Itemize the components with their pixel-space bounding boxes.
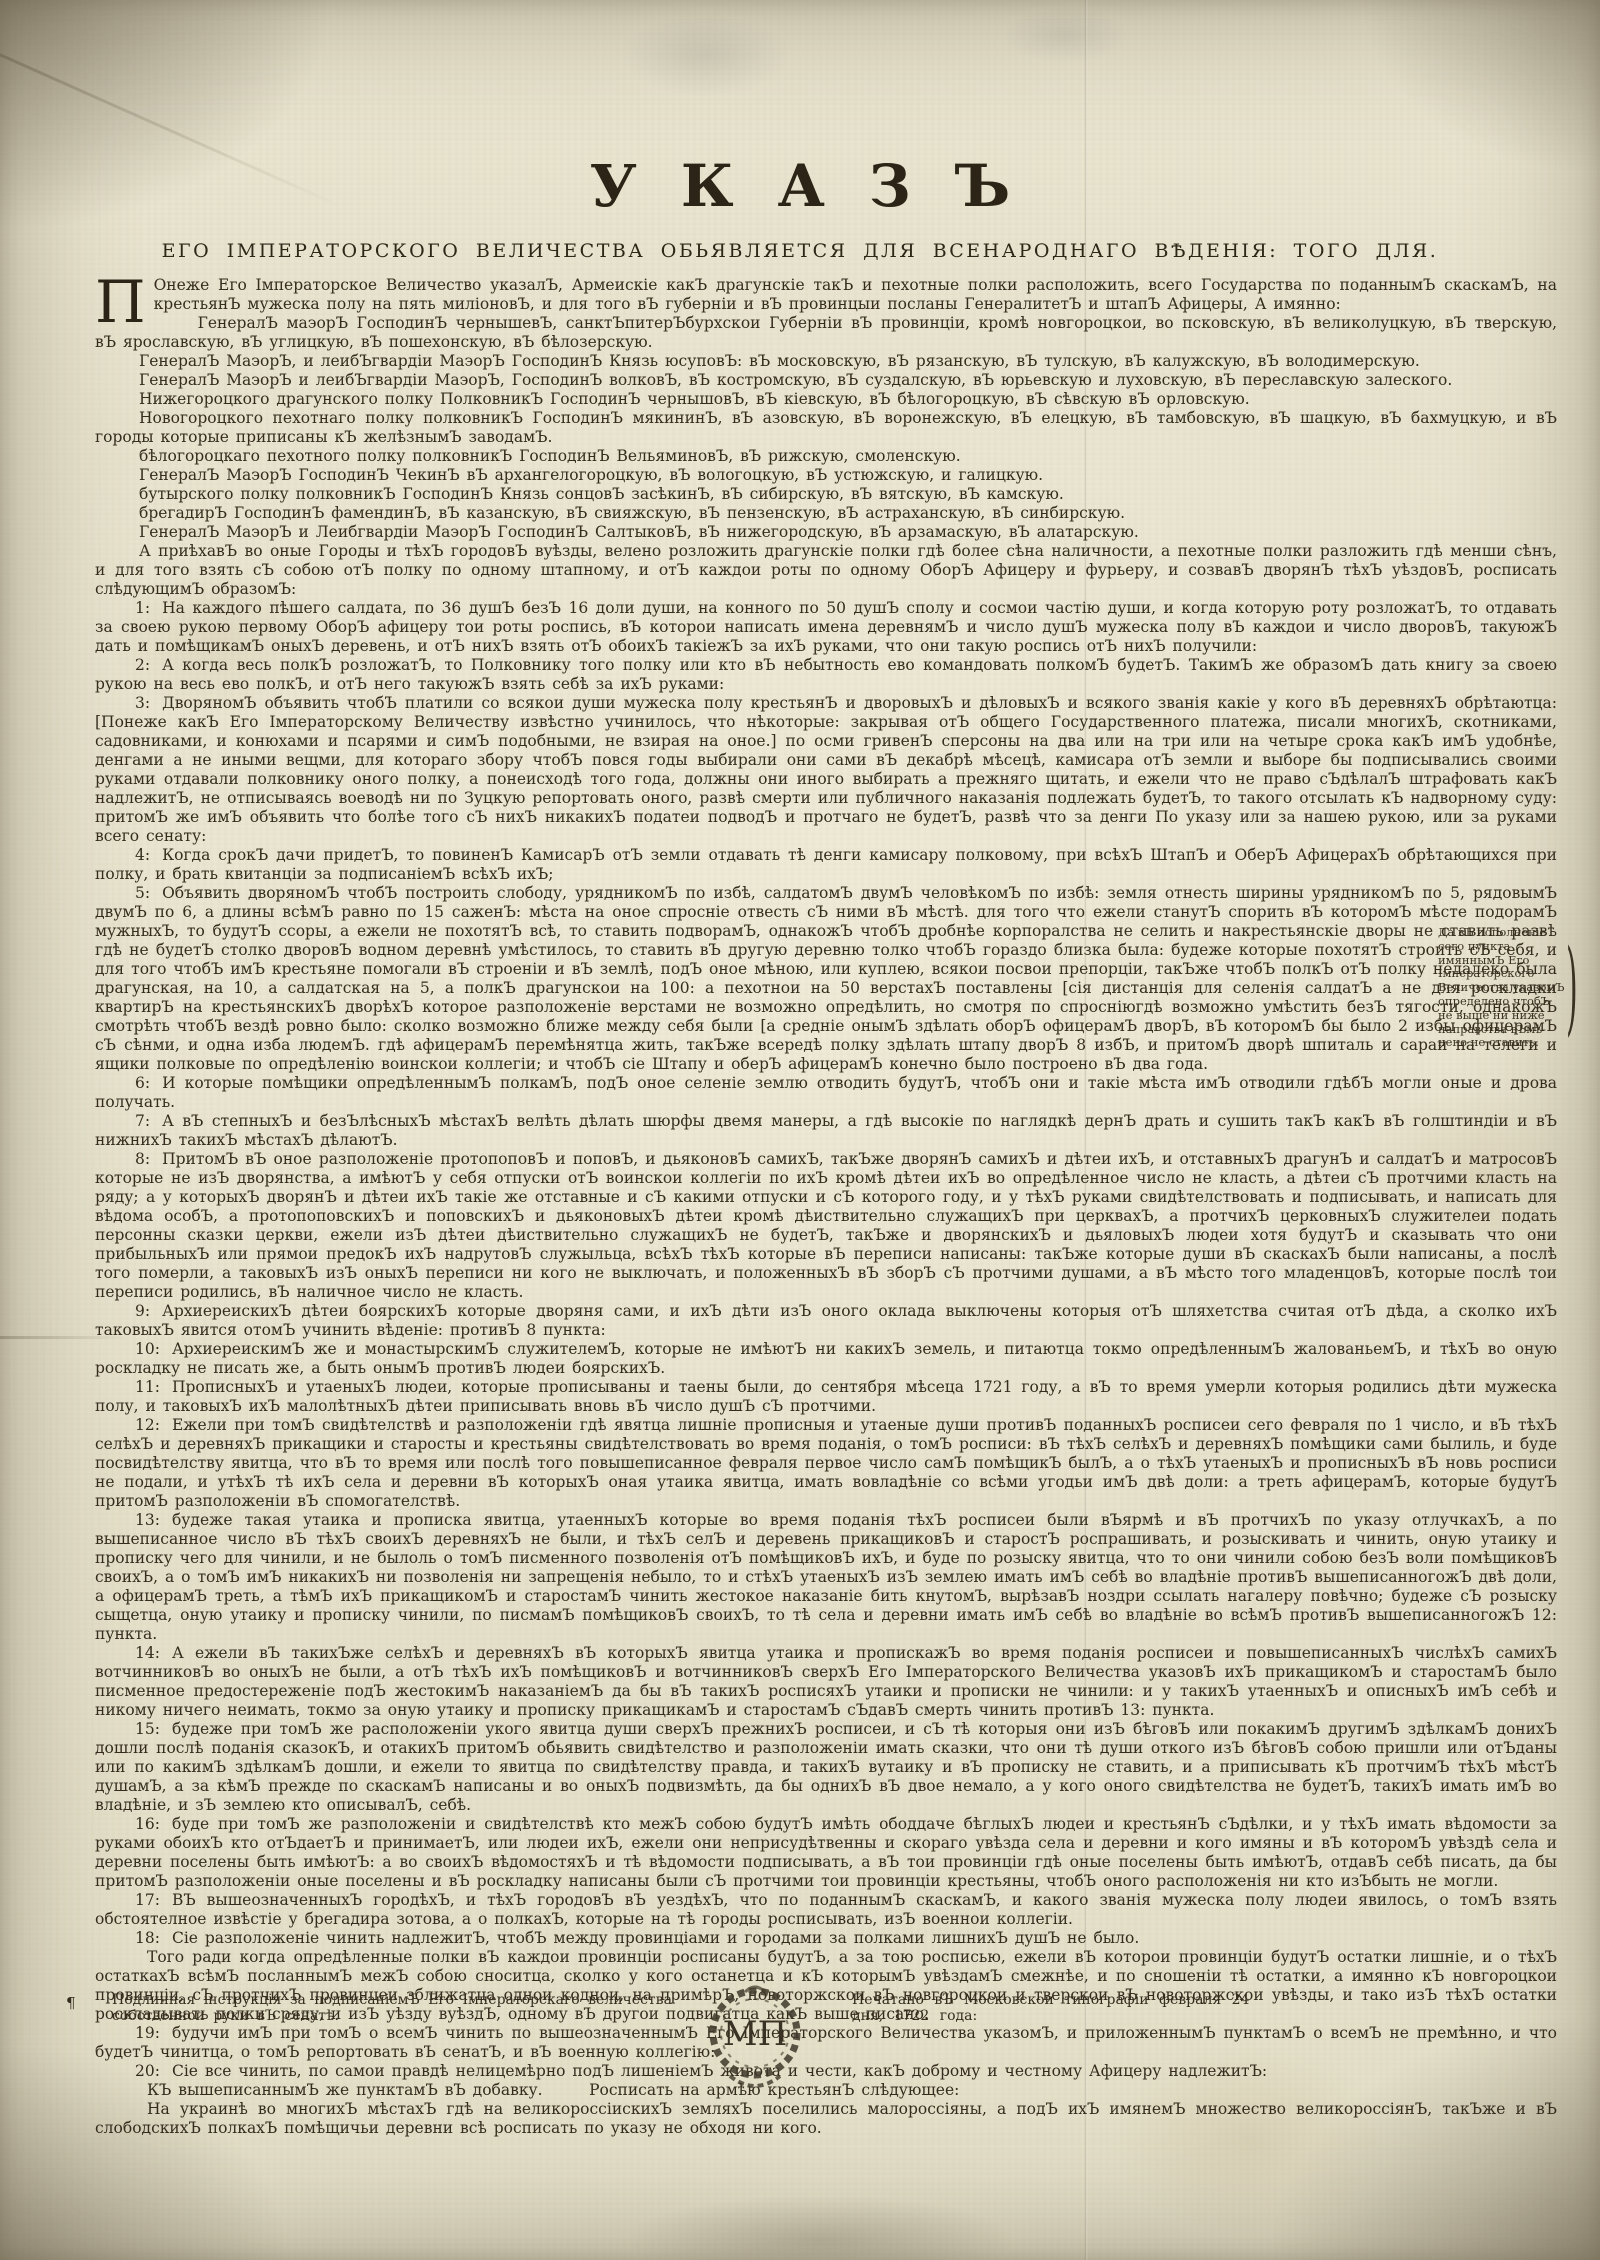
article-text: ПрописныхЪ и утаеныхЪ людеи, которые про…	[95, 1378, 1557, 1415]
article-number: 3:	[135, 694, 150, 712]
colophon-imprint-line: Печатано вЪ Московскои типографіи феврал…	[852, 1992, 1272, 2024]
assignment-line: ГенералЪ МаэорЪ, и леибЪгвардіи МаэорЪ Г…	[95, 352, 1557, 371]
article-text: ПритомЪ вЪ оное разположеніе протопоповЪ…	[95, 1150, 1557, 1301]
article-text: Когда срокЪ дачи придетЪ, то повиненЪ Ка…	[95, 846, 1557, 883]
colophon-signature-line: Подлинная інструкція за подписаніемЪ Его…	[112, 1992, 712, 2024]
article-text: АрхиереискимЪ же и монастырскимЪ служите…	[95, 1340, 1557, 1377]
article-paragraph: 9:АрхиереискихЪ дѣтеи боярскихЪ которые …	[95, 1302, 1557, 1340]
article-paragraph: 5:Объявить дворяномЪ чтобЪ построить сло…	[95, 884, 1557, 1074]
article-number: 11:	[135, 1378, 160, 1396]
article-paragraph: 13:будеже такая утаика и прописка явитца…	[95, 1511, 1557, 1644]
colophon-pilcrow-mark: ¶	[66, 1994, 76, 2012]
article-text: На каждого пѣшего салдата, по 36 душЪ бе…	[95, 599, 1557, 655]
assignment-line: бѣлогороцкаго пехотного полку полковникЪ…	[95, 447, 1557, 466]
article-paragraph: 15:будеже при томЪ же расположеніи укого…	[95, 1720, 1557, 1815]
article-number: 2:	[135, 656, 150, 674]
article-text: АрхиереискихЪ дѣтеи боярскихЪ которые дв…	[95, 1302, 1557, 1339]
article-list: 1:На каждого пѣшего салдата, по 36 душЪ …	[95, 599, 1557, 2081]
article-number: 7:	[135, 1112, 150, 1130]
article-paragraph: 18:Сіе разположеніе чинить надлежитЪ, чт…	[95, 1929, 1557, 1948]
article-text: Объявить дворяномЪ чтобЪ построить слобо…	[95, 884, 1557, 1073]
assignment-line: ГенералЪ МаэорЪ и леибЪгвардіи МаэорЪ, Г…	[95, 371, 1557, 390]
assignment-list: ГенералЪ маэорЪ ГосподинЪ чернышевЪ, сан…	[95, 314, 1557, 599]
decree-subtitle: ЕГО ІМПЕРАТОРСКОГО ВЕЛИЧЕСТВА ОБЬЯВЛЯЕТС…	[0, 240, 1600, 262]
article-paragraph: 3:ДворяномЪ объявить чтобЪ платили со вс…	[95, 694, 1557, 846]
article-text: Ежели при томЪ свидѣтелствѣ и разположен…	[95, 1416, 1557, 1510]
article-number: 12:	[135, 1416, 160, 1434]
decree-sheet: УКАЗЪ ЕГО ІМПЕРАТОРСКОГО ВЕЛИЧЕСТВА ОБЬЯ…	[0, 0, 1600, 2260]
assignment-line: Нижегороцкого драгунского полку Полковни…	[95, 390, 1557, 409]
article-text: буде при томЪ же разположеніи и свидѣтел…	[95, 1815, 1557, 1890]
article-number: 19:	[135, 2024, 160, 2042]
article-text: ДворяномЪ объявить чтобЪ платили со всяк…	[95, 694, 1557, 845]
article-number: 5:	[135, 884, 150, 902]
article-paragraph: 20:Сіе все чинить, по самои правдѣ нелиц…	[95, 2062, 1557, 2081]
article-text: ВЪ вышеозначенныхЪ городѣхЪ, и тѣхЪ горо…	[95, 1891, 1557, 1928]
article-text: А вЪ степныхЪ и безЪлѣсныхЪ мѣстахЪ велѣ…	[95, 1112, 1557, 1149]
opening-paragraph: ПОнеже Его Імператорское Величество указ…	[95, 276, 1557, 314]
article-paragraph: 8:ПритомЪ вЪ оное разположеніе протопопо…	[95, 1150, 1557, 1302]
article-paragraph: 14:А ежели вЪ такихЪже селѣхЪ и деревнях…	[95, 1644, 1557, 1720]
article-text: А когда весь полкЪ розложатЪ, то Полковн…	[95, 656, 1557, 693]
article-number: 17:	[135, 1891, 160, 1909]
article-paragraph: 16:буде при томЪ же разположеніи и свидѣ…	[95, 1815, 1557, 1891]
decree-body: ПОнеже Его Імператорское Величество указ…	[95, 276, 1557, 2138]
margin-note: Да вЪ пополненіе сего пункта имяннымЪ Ег…	[1438, 926, 1566, 1050]
assignment-line: ГенералЪ маэорЪ ГосподинЪ чернышевЪ, сан…	[95, 314, 1557, 352]
article-number: 9:	[135, 1302, 150, 1320]
article-paragraph: 17:ВЪ вышеозначенныхЪ городѣхЪ, и тѣхЪ г…	[95, 1891, 1557, 1929]
article-text: А ежели вЪ такихЪже селѣхЪ и деревняхЪ в…	[95, 1644, 1557, 1719]
addendum-heading: КЪ вышеписаннымЪ же пунктамЪ вЪ добавку.…	[95, 2081, 1557, 2100]
article-text: Сіе разположеніе чинить надлежитЪ, чтобЪ…	[172, 1929, 1139, 1947]
decree-title: УКАЗЪ	[0, 152, 1600, 220]
drop-cap: П	[95, 276, 154, 324]
article-number: 6:	[135, 1074, 150, 1092]
article-paragraph: 7:А вЪ степныхЪ и безЪлѣсныхЪ мѣстахЪ ве…	[95, 1112, 1557, 1150]
assignment-line: А приѣхавЪ во оные Городы и тѣхЪ городов…	[95, 542, 1557, 599]
assignment-line: ГенералЪ МаэорЪ и Леибгвардіи МаэорЪ Гос…	[95, 523, 1557, 542]
article-paragraph: 11:ПрописныхЪ и утаеныхЪ людеи, которые …	[95, 1378, 1557, 1416]
margin-note-brace: )	[1566, 930, 1578, 1049]
article-text: будеже такая утаика и прописка явитца, у…	[95, 1511, 1557, 1643]
article-paragraph: 6:И которые помѣщики опредѣленнымЪ полка…	[95, 1074, 1557, 1112]
article-paragraph: 10:АрхиереискимЪ же и монастырскимЪ служ…	[95, 1340, 1557, 1378]
assignment-line: бутырского полку полковникЪ ГосподинЪ Кн…	[95, 485, 1557, 504]
article-text: будеже при томЪ же расположеніи укого яв…	[95, 1720, 1557, 1814]
article-number: 10:	[135, 1340, 160, 1358]
article-paragraph: 2:А когда весь полкЪ розложатЪ, то Полко…	[95, 656, 1557, 694]
article-number: 8:	[135, 1150, 150, 1168]
article-number: 20:	[135, 2062, 160, 2080]
article-number: 18:	[135, 1929, 160, 1947]
assignment-line: брегадирЪ ГосподинЪ фамендинЪ, вЪ казанс…	[95, 504, 1557, 523]
article-number: 14:	[135, 1644, 160, 1662]
article-number: 13:	[135, 1511, 160, 1529]
article-text: И которые помѣщики опредѣленнымЪ полкамЪ…	[95, 1074, 1557, 1111]
article-text: будучи имЪ при томЪ о всемЪ чинить по вы…	[95, 2024, 1557, 2061]
print-house-seal-icon: МП	[700, 1978, 810, 2098]
article-number: 1:	[135, 599, 150, 617]
article-number: 15:	[135, 1720, 160, 1738]
addendum-paragraph: На украинѣ во многихЪ мѣстахЪ гдѣ на вел…	[95, 2100, 1557, 2138]
article-number: 4:	[135, 846, 150, 864]
article-number: 16:	[135, 1815, 160, 1833]
seal-monogram: МП	[723, 2014, 787, 2054]
assignment-line: Новогороцкого пехотнаго полку полковникЪ…	[95, 409, 1557, 447]
article-paragraph: 1:На каждого пѣшего салдата, по 36 душЪ …	[95, 599, 1557, 656]
article-paragraph: 12:Ежели при томЪ свидѣтелствѣ и разполо…	[95, 1416, 1557, 1511]
article-paragraph: 19:будучи имЪ при томЪ о всемЪ чинить по…	[95, 2024, 1557, 2062]
article-paragraph: 4:Когда срокЪ дачи придетЪ, то повиненЪ …	[95, 846, 1557, 884]
opening-text: Онеже Его Імператорское Величество указа…	[154, 276, 1557, 313]
assignment-line: ГенералЪ МаэорЪ ГосподинЪ ЧекинЪ вЪ арха…	[95, 466, 1557, 485]
